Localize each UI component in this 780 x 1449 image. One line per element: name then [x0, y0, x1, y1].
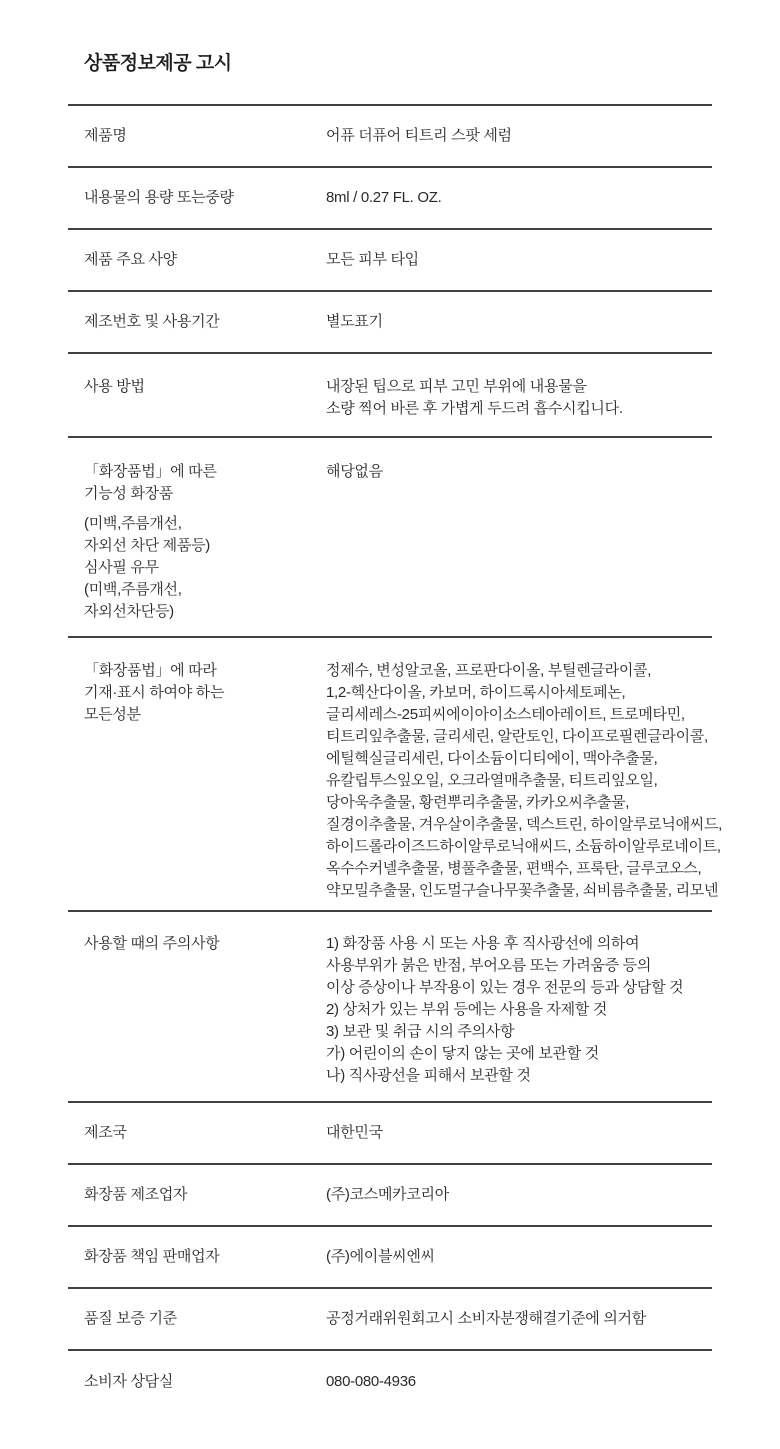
value-line: 1) 화장품 사용 시 또는 사용 후 직사광선에 의하여 — [326, 933, 708, 955]
value-line: 나) 직사광선을 피해서 보관할 것 — [326, 1065, 708, 1087]
row-label: 소비자 상담실 — [68, 1371, 326, 1393]
row-label: 품질 보증 기준 — [68, 1308, 326, 1330]
row-value: (주)에이블씨엔씨 — [326, 1246, 712, 1268]
label-line: (미백,주름개선, — [84, 579, 326, 601]
value-line: 하이드롤라이즈드하이알루로닉애씨드, 소듐하이알루로네이트, — [326, 836, 708, 858]
table-row-quality-standard: 품질 보증 기준 공정거래위원회고시 소비자분쟁해결기준에 의거함 — [68, 1287, 712, 1349]
value-line: 1,2-헥산다이올, 카보머, 하이드록시아세토페논, — [326, 682, 708, 704]
table-row-consumer-service: 소비자 상담실 080-080-4936 — [68, 1349, 712, 1421]
table-row-functional-cosmetics: 「화장품법」에 따른 기능성 화장품 (미백,주름개선, 자외선 차단 제품등)… — [68, 436, 712, 636]
table-row-country: 제조국 대한민국 — [68, 1101, 712, 1163]
table-row-ingredients: 「화장품법」에 따라 기재·표시 하여야 하는 모든성분 정제수, 변성알코올,… — [68, 636, 712, 910]
row-label: 「화장품법」에 따라 기재·표시 하여야 하는 모든성분 — [68, 660, 326, 902]
label-line: 「화장품법」에 따른 — [84, 461, 326, 483]
table-row-product-name: 제품명 어퓨 더퓨어 티트리 스팟 세럼 — [68, 104, 712, 166]
label-line: 「화장품법」에 따라 — [84, 660, 326, 682]
value-line: 질경이추출물, 겨우살이추출물, 덱스트린, 하이알루로닉애씨드, — [326, 814, 708, 836]
value-line: 유칼립투스잎오일, 오크라열매추출물, 티트리잎오일, — [326, 770, 708, 792]
label-line: (미백,주름개선, — [84, 513, 326, 535]
row-value: 080-080-4936 — [326, 1371, 712, 1393]
table-row-usage: 사용 방법 내장된 팁으로 피부 고민 부위에 내용물을 소량 찍어 바른 후 … — [68, 352, 712, 436]
label-line: 모든성분 — [84, 704, 326, 726]
row-label: 제조번호 및 사용기간 — [68, 311, 326, 333]
row-value: 대한민국 — [326, 1122, 712, 1144]
value-line: 3) 보관 및 취급 시의 주의사항 — [326, 1021, 708, 1043]
row-label: 내용물의 용량 또는중량 — [68, 187, 326, 209]
row-value: (주)코스메카코리아 — [326, 1184, 712, 1206]
row-value: 어퓨 더퓨어 티트리 스팟 세럼 — [326, 125, 712, 147]
label-line: 기능성 화장품 — [84, 483, 326, 505]
row-label: 사용 방법 — [68, 376, 326, 420]
table-row-precautions: 사용할 때의 주의사항 1) 화장품 사용 시 또는 사용 후 직사광선에 의하… — [68, 910, 712, 1101]
value-line: 소량 찍어 바른 후 가볍게 두드려 흡수시킵니다. — [326, 398, 708, 420]
label-line: 기재·표시 하여야 하는 — [84, 682, 326, 704]
row-label: 사용할 때의 주의사항 — [68, 933, 326, 1087]
row-label: 화장품 제조업자 — [68, 1184, 326, 1206]
row-label: 제품 주요 사양 — [68, 249, 326, 271]
label-paragraph: (미백,주름개선, 자외선 차단 제품등) 심사필 유무 (미백,주름개선, 자… — [84, 513, 326, 623]
product-info-page: 상품정보제공 고시 제품명 어퓨 더퓨어 티트리 스팟 세럼 내용물의 용량 또… — [0, 0, 780, 1449]
row-label: 화장품 책임 판매업자 — [68, 1246, 326, 1268]
row-value: 8ml / 0.27 FL. OZ. — [326, 187, 712, 209]
table-row-volume: 내용물의 용량 또는중량 8ml / 0.27 FL. OZ. — [68, 166, 712, 228]
row-value: 해당없음 — [326, 461, 712, 623]
label-line: 심사필 유무 — [84, 557, 326, 579]
value-line: 가) 어린이의 손이 닿지 않는 곳에 보관할 것 — [326, 1043, 708, 1065]
value-line: 당아욱추출물, 황련뿌리추출물, 카카오씨추출물, — [326, 792, 708, 814]
row-label: 제품명 — [68, 125, 326, 147]
label-line: 자외선차단등) — [84, 601, 326, 623]
row-value: 공정거래위원회고시 소비자분쟁해결기준에 의거함 — [326, 1308, 712, 1330]
row-value: 모든 피부 타입 — [326, 249, 712, 271]
table-row-lot-expiry: 제조번호 및 사용기간 별도표기 — [68, 290, 712, 352]
row-value: 별도표기 — [326, 311, 712, 333]
value-line: 옥수수커넬추출물, 병풀추출물, 편백수, 프룩탄, 글루코오스, — [326, 858, 708, 880]
row-label: 「화장품법」에 따른 기능성 화장품 (미백,주름개선, 자외선 차단 제품등)… — [68, 461, 326, 623]
row-label: 제조국 — [68, 1122, 326, 1144]
value-line: 글리세레스-25피씨에이아이소스테아레이트, 트로메타민, — [326, 704, 708, 726]
row-value: 정제수, 변성알코올, 프로판다이올, 부틸렌글라이콜, 1,2-헥산다이올, … — [326, 660, 712, 902]
row-value: 1) 화장품 사용 시 또는 사용 후 직사광선에 의하여 사용부위가 붉은 반… — [326, 933, 712, 1087]
value-line: 에틸헥실글리세린, 다이소듐이디티에이, 맥아추출물, — [326, 748, 708, 770]
value-line: 사용부위가 붉은 반점, 부어오름 또는 가려움증 등의 — [326, 955, 708, 977]
label-line: 자외선 차단 제품등) — [84, 535, 326, 557]
value-line: 내장된 팁으로 피부 고민 부위에 내용물을 — [326, 376, 708, 398]
value-line: 이상 증상이나 부작용이 있는 경우 전문의 등과 상담할 것 — [326, 977, 708, 999]
table-row-specification: 제품 주요 사양 모든 피부 타입 — [68, 228, 712, 290]
value-line: 티트리잎추출물, 글리세린, 알란토인, 다이프로필렌글라이콜, — [326, 726, 708, 748]
value-line: 2) 상처가 있는 부위 등에는 사용을 자제할 것 — [326, 999, 708, 1021]
row-value: 내장된 팁으로 피부 고민 부위에 내용물을 소량 찍어 바른 후 가볍게 두드… — [326, 376, 712, 420]
product-info-table: 제품명 어퓨 더퓨어 티트리 스팟 세럼 내용물의 용량 또는중량 8ml / … — [68, 104, 712, 1421]
value-line: 약모밀추출물, 인도멀구슬나무꽃추출물, 쇠비름추출물, 리모넨 — [326, 880, 708, 902]
label-paragraph: 「화장품법」에 따른 기능성 화장품 — [84, 461, 326, 505]
value-line: 정제수, 변성알코올, 프로판다이올, 부틸렌글라이콜, — [326, 660, 708, 682]
table-row-seller: 화장품 책임 판매업자 (주)에이블씨엔씨 — [68, 1225, 712, 1287]
table-row-manufacturer: 화장품 제조업자 (주)코스메카코리아 — [68, 1163, 712, 1225]
page-title: 상품정보제공 고시 — [0, 0, 780, 76]
